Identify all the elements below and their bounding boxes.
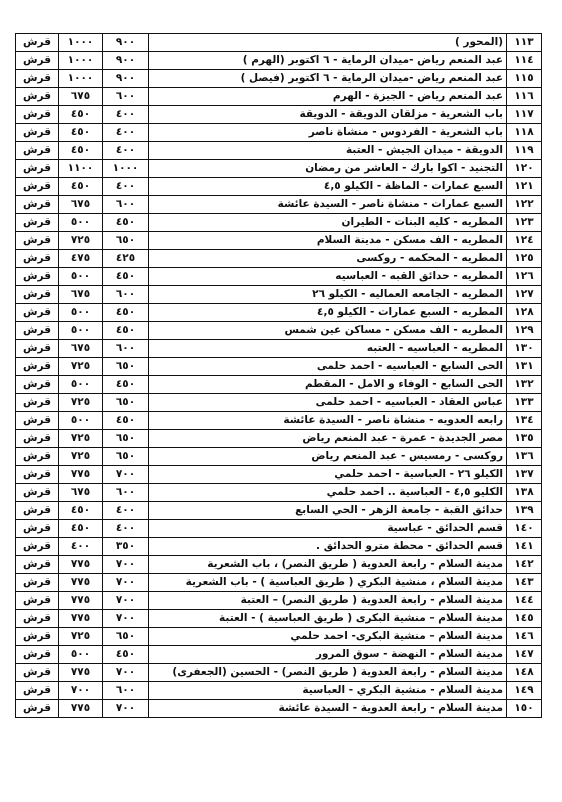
route-cell: رابعه العدويه - منشاة ناصر - السيدة عائش… — [149, 412, 507, 430]
line-number-cell: ١٤٨ — [507, 664, 542, 682]
currency-unit-cell: قرش — [16, 502, 59, 520]
table-row: قرش ٦٧٥ ٦٠٠ عبد المنعم رياض - الجيزة - ا… — [16, 88, 542, 106]
table-row: قرش ٧٢٥ ٦٥٠ الحى السابع - العباسيه - احم… — [16, 358, 542, 376]
currency-unit-cell: قرش — [16, 178, 59, 196]
old-fare-cell: ٦٥٠ — [103, 448, 149, 466]
old-fare-cell: ٤٠٠ — [103, 520, 149, 538]
line-number-cell: ١٢٩ — [507, 322, 542, 340]
old-fare-cell: ٧٠٠ — [103, 664, 149, 682]
currency-unit-cell: قرش — [16, 250, 59, 268]
currency-unit-cell: قرش — [16, 88, 59, 106]
route-cell: الدويقة - ميدان الجيش - العتبة — [149, 142, 507, 160]
line-number-cell: ١٤٧ — [507, 646, 542, 664]
line-number-cell: ١٣٢ — [507, 376, 542, 394]
route-cell: عبد المنعم رياض -ميدان الرماية - ٦ اكتوب… — [149, 70, 507, 88]
currency-unit-cell: قرش — [16, 214, 59, 232]
old-fare-cell: ٣٥٠ — [103, 538, 149, 556]
old-fare-cell: ٦٥٠ — [103, 430, 149, 448]
line-number-cell: ١٣١ — [507, 358, 542, 376]
currency-unit-cell: قرش — [16, 430, 59, 448]
table-row: قرش ٦٧٥ ٦٠٠ المطريه - الجامعه العماليه -… — [16, 286, 542, 304]
new-fare-cell: ٥٠٠ — [59, 304, 103, 322]
table-row: قرش ٦٧٥ ٦٠٠ السبع عمارات - منشاة ناصر - … — [16, 196, 542, 214]
table-row: قرش ٦٧٥ ٦٠٠ الكليو ٤,٥ - العباسية .. احم… — [16, 484, 542, 502]
table-row: قرش ٦٧٥ ٦٠٠ المطريه - العباسيه - العتبه … — [16, 340, 542, 358]
new-fare-cell: ٥٠٠ — [59, 376, 103, 394]
new-fare-cell: ٤٠٠ — [59, 538, 103, 556]
line-number-cell: ١١٨ — [507, 124, 542, 142]
table-row: قرش ١١٠٠ ١٠٠٠ التجنيد - اكوا بارك - العا… — [16, 160, 542, 178]
old-fare-cell: ٤٥٠ — [103, 304, 149, 322]
currency-unit-cell: قرش — [16, 124, 59, 142]
route-cell: مدينة السلام – منشية البكرى ( طريق العبا… — [149, 610, 507, 628]
table-row: قرش ٧٢٥ ٦٥٠ مصر الجديدة - عمرة - عبد الم… — [16, 430, 542, 448]
table-row: قرش ٧٧٥ ٧٠٠ مدينة السلام - رابعة العدوية… — [16, 592, 542, 610]
new-fare-cell: ٥٠٠ — [59, 322, 103, 340]
line-number-cell: ١١٧ — [507, 106, 542, 124]
currency-unit-cell: قرش — [16, 466, 59, 484]
line-number-cell: ١١٥ — [507, 70, 542, 88]
fare-table: قرش ١٠٠٠ ٩٠٠ (المحور ) ١١٣ قرش ١٠٠٠ ٩٠٠ … — [15, 33, 542, 718]
old-fare-cell: ٤٠٠ — [103, 124, 149, 142]
new-fare-cell: ٧٢٥ — [59, 232, 103, 250]
currency-unit-cell: قرش — [16, 556, 59, 574]
table-row: قرش ٤٥٠ ٤٠٠ باب الشعرية - مزلقان الدويقة… — [16, 106, 542, 124]
currency-unit-cell: قرش — [16, 520, 59, 538]
route-cell: مدينة السلام - النهضة - سوق المرور — [149, 646, 507, 664]
new-fare-cell: ١١٠٠ — [59, 160, 103, 178]
new-fare-cell: ٧٢٥ — [59, 448, 103, 466]
old-fare-cell: ٦٥٠ — [103, 628, 149, 646]
table-row: قرش ٧٧٥ ٧٠٠ مدينة السلام – منشية البكرى … — [16, 610, 542, 628]
currency-unit-cell: قرش — [16, 142, 59, 160]
currency-unit-cell: قرش — [16, 646, 59, 664]
table-row: قرش ٤٥٠ ٤٠٠ باب الشعرية - الفردوس - منشا… — [16, 124, 542, 142]
table-row: قرش ٥٠٠ ٤٥٠ الحى السابع - الوفاء و الامل… — [16, 376, 542, 394]
route-cell: مدينة السلام ، منشية البكري ( طريق العبا… — [149, 574, 507, 592]
route-cell: مصر الجديدة - عمرة - عبد المنعم رياض — [149, 430, 507, 448]
line-number-cell: ١٣٠ — [507, 340, 542, 358]
currency-unit-cell: قرش — [16, 52, 59, 70]
route-cell: مدينة السلام – منشية البكرى- احمد حلمي — [149, 628, 507, 646]
line-number-cell: ١٤٢ — [507, 556, 542, 574]
old-fare-cell: ٧٠٠ — [103, 574, 149, 592]
currency-unit-cell: قرش — [16, 322, 59, 340]
route-cell: باب الشعرية - الفردوس - منشاة ناصر — [149, 124, 507, 142]
new-fare-cell: ٥٠٠ — [59, 646, 103, 664]
old-fare-cell: ٧٠٠ — [103, 466, 149, 484]
new-fare-cell: ٥٠٠ — [59, 268, 103, 286]
route-cell: مدينة السلام - رابعة العدوية - السيدة عا… — [149, 700, 507, 718]
old-fare-cell: ٦٥٠ — [103, 358, 149, 376]
old-fare-cell: ٤٠٠ — [103, 502, 149, 520]
new-fare-cell: ٥٠٠ — [59, 412, 103, 430]
new-fare-cell: ٦٧٥ — [59, 196, 103, 214]
new-fare-cell: ٧٧٥ — [59, 700, 103, 718]
route-cell: المطريه - حدائق القبه - العباسيه — [149, 268, 507, 286]
new-fare-cell: ٧٠٠ — [59, 682, 103, 700]
route-cell: المطريه - كليه البنات - الطيران — [149, 214, 507, 232]
old-fare-cell: ٤٠٠ — [103, 106, 149, 124]
currency-unit-cell: قرش — [16, 700, 59, 718]
currency-unit-cell: قرش — [16, 682, 59, 700]
new-fare-cell: ٥٠٠ — [59, 214, 103, 232]
old-fare-cell: ٩٠٠ — [103, 52, 149, 70]
currency-unit-cell: قرش — [16, 484, 59, 502]
route-cell: السبع عمارات - منشاة ناصر - السيدة عائشة — [149, 196, 507, 214]
currency-unit-cell: قرش — [16, 340, 59, 358]
new-fare-cell: ٧٧٥ — [59, 610, 103, 628]
line-number-cell: ١٤٠ — [507, 520, 542, 538]
new-fare-cell: ٧٧٥ — [59, 574, 103, 592]
route-cell: التجنيد - اكوا بارك - العاشر من رمضان — [149, 160, 507, 178]
currency-unit-cell: قرش — [16, 70, 59, 88]
route-cell: حدائق القبة - جامعة الزهر - الحي السابع — [149, 502, 507, 520]
line-number-cell: ١٤٦ — [507, 628, 542, 646]
route-cell: الحى السابع - الوفاء و الامل - المقطم — [149, 376, 507, 394]
table-row: قرش ٥٠٠ ٤٥٠ المطريه - كليه البنات - الطي… — [16, 214, 542, 232]
old-fare-cell: ١٠٠٠ — [103, 160, 149, 178]
currency-unit-cell: قرش — [16, 664, 59, 682]
route-cell: قسم الحدائق - عباسية — [149, 520, 507, 538]
currency-unit-cell: قرش — [16, 358, 59, 376]
new-fare-cell: ٤٥٠ — [59, 124, 103, 142]
line-number-cell: ١٣٧ — [507, 466, 542, 484]
table-row: قرش ٧٧٥ ٧٠٠ مدينة السلام ، منشية البكري … — [16, 574, 542, 592]
route-cell: السبع عمارات - الماظة - الكيلو ٤,٥ — [149, 178, 507, 196]
table-row: قرش ٤٥٠ ٤٠٠ حدائق القبة - جامعة الزهر - … — [16, 502, 542, 520]
currency-unit-cell: قرش — [16, 34, 59, 52]
currency-unit-cell: قرش — [16, 268, 59, 286]
old-fare-cell: ٦٥٠ — [103, 232, 149, 250]
currency-unit-cell: قرش — [16, 628, 59, 646]
currency-unit-cell: قرش — [16, 592, 59, 610]
line-number-cell: ١٢٣ — [507, 214, 542, 232]
line-number-cell: ١٢٧ — [507, 286, 542, 304]
table-row: قرش ٧٢٥ ٦٥٠ عباس العقاد - العباسيه - احم… — [16, 394, 542, 412]
new-fare-cell: ٦٧٥ — [59, 484, 103, 502]
route-cell: مدينة السلام - رابعة العدوية ( طريق النص… — [149, 556, 507, 574]
old-fare-cell: ٦٠٠ — [103, 88, 149, 106]
old-fare-cell: ٧٠٠ — [103, 592, 149, 610]
old-fare-cell: ٦٠٠ — [103, 484, 149, 502]
line-number-cell: ١١٦ — [507, 88, 542, 106]
table-row: قرش ١٠٠٠ ٩٠٠ عبد المنعم رياض -ميدان الرم… — [16, 52, 542, 70]
table-row: قرش ٧٧٥ ٧٠٠ مدينة السلام - رابعة العدوية… — [16, 700, 542, 718]
route-cell: المطريه - الف مسكن - مساكن عين شمس — [149, 322, 507, 340]
old-fare-cell: ٤٥٠ — [103, 214, 149, 232]
old-fare-cell: ٤٢٥ — [103, 250, 149, 268]
table-row: قرش ١٠٠٠ ٩٠٠ عبد المنعم رياض -ميدان الرم… — [16, 70, 542, 88]
table-row: قرش ٤٥٠ ٤٠٠ الدويقة - ميدان الجيش - العت… — [16, 142, 542, 160]
table-row: قرش ٥٠٠ ٤٥٠ المطريه - السبع عمارات - الك… — [16, 304, 542, 322]
line-number-cell: ١٢٥ — [507, 250, 542, 268]
fare-table-page: قرش ١٠٠٠ ٩٠٠ (المحور ) ١١٣ قرش ١٠٠٠ ٩٠٠ … — [15, 33, 542, 718]
line-number-cell: ١١٤ — [507, 52, 542, 70]
line-number-cell: ١٥٠ — [507, 700, 542, 718]
old-fare-cell: ٦٠٠ — [103, 682, 149, 700]
currency-unit-cell: قرش — [16, 448, 59, 466]
new-fare-cell: ٧٧٥ — [59, 556, 103, 574]
new-fare-cell: ٤٥٠ — [59, 178, 103, 196]
old-fare-cell: ٧٠٠ — [103, 610, 149, 628]
old-fare-cell: ٩٠٠ — [103, 34, 149, 52]
line-number-cell: ١٤٣ — [507, 574, 542, 592]
currency-unit-cell: قرش — [16, 286, 59, 304]
route-cell: روكسى - رمسيس - عبد المنعم رياض — [149, 448, 507, 466]
new-fare-cell: ٧٧٥ — [59, 592, 103, 610]
new-fare-cell: ٧٢٥ — [59, 394, 103, 412]
route-cell: المطريه - السبع عمارات - الكيلو ٤,٥ — [149, 304, 507, 322]
old-fare-cell: ٤٥٠ — [103, 412, 149, 430]
new-fare-cell: ٤٥٠ — [59, 106, 103, 124]
currency-unit-cell: قرش — [16, 574, 59, 592]
currency-unit-cell: قرش — [16, 304, 59, 322]
old-fare-cell: ٤٠٠ — [103, 142, 149, 160]
line-number-cell: ١٤١ — [507, 538, 542, 556]
line-number-cell: ١١٩ — [507, 142, 542, 160]
new-fare-cell: ٤٧٥ — [59, 250, 103, 268]
new-fare-cell: ٦٧٥ — [59, 286, 103, 304]
old-fare-cell: ٦٠٠ — [103, 196, 149, 214]
route-cell: المطريه - الف مسكن - مدينة السلام — [149, 232, 507, 250]
route-cell: المطريه - العباسيه - العتبه — [149, 340, 507, 358]
route-cell: عبد المنعم رياض -ميدان الرماية - ٦ اكتوب… — [149, 52, 507, 70]
old-fare-cell: ٧٠٠ — [103, 700, 149, 718]
table-row: قرش ٧٧٥ ٧٠٠ الكيلو ٢٦ - العباسية - احمد … — [16, 466, 542, 484]
old-fare-cell: ٧٠٠ — [103, 556, 149, 574]
new-fare-cell: ٧٢٥ — [59, 430, 103, 448]
line-number-cell: ١٢٤ — [507, 232, 542, 250]
line-number-cell: ١٣٣ — [507, 394, 542, 412]
currency-unit-cell: قرش — [16, 232, 59, 250]
table-row: قرش ٤٥٠ ٤٠٠ السبع عمارات - الماظة - الكي… — [16, 178, 542, 196]
old-fare-cell: ٦٠٠ — [103, 340, 149, 358]
currency-unit-cell: قرش — [16, 376, 59, 394]
new-fare-cell: ١٠٠٠ — [59, 34, 103, 52]
line-number-cell: ١٤٩ — [507, 682, 542, 700]
table-row: قرش ٥٠٠ ٤٥٠ المطريه - حدائق القبه - العب… — [16, 268, 542, 286]
old-fare-cell: ٤٠٠ — [103, 178, 149, 196]
new-fare-cell: ٦٧٥ — [59, 340, 103, 358]
old-fare-cell: ٤٥٠ — [103, 376, 149, 394]
route-cell: المطريه - المحكمه - روكسى — [149, 250, 507, 268]
old-fare-cell: ٩٠٠ — [103, 70, 149, 88]
line-number-cell: ١٣٦ — [507, 448, 542, 466]
old-fare-cell: ٤٥٠ — [103, 646, 149, 664]
old-fare-cell: ٤٥٠ — [103, 268, 149, 286]
currency-unit-cell: قرش — [16, 610, 59, 628]
table-row: قرش ٧٢٥ ٦٥٠ المطريه - الف مسكن - مدينة ا… — [16, 232, 542, 250]
table-row: قرش ٧٢٥ ٦٥٠ روكسى - رمسيس - عبد المنعم ر… — [16, 448, 542, 466]
route-cell: (المحور ) — [149, 34, 507, 52]
table-row: قرش ٥٠٠ ٤٥٠ رابعه العدويه - منشاة ناصر -… — [16, 412, 542, 430]
line-number-cell: ١٣٩ — [507, 502, 542, 520]
new-fare-cell: ٧٧٥ — [59, 466, 103, 484]
route-cell: مدينة السلام - رابعة العدوية ( طريق النص… — [149, 592, 507, 610]
currency-unit-cell: قرش — [16, 160, 59, 178]
table-row: قرش ٤٥٠ ٤٠٠ قسم الحدائق - عباسية ١٤٠ — [16, 520, 542, 538]
currency-unit-cell: قرش — [16, 412, 59, 430]
route-cell: مدينة السلام - منشية البكري - العباسية — [149, 682, 507, 700]
table-row: قرش ٤٧٥ ٤٢٥ المطريه - المحكمه - روكسى ١٢… — [16, 250, 542, 268]
new-fare-cell: ٤٥٠ — [59, 502, 103, 520]
currency-unit-cell: قرش — [16, 196, 59, 214]
route-cell: مدينة السلام - رابعة العدوية ( طريق النص… — [149, 664, 507, 682]
line-number-cell: ١٢٨ — [507, 304, 542, 322]
route-cell: عبد المنعم رياض - الجيزة - الهرم — [149, 88, 507, 106]
route-cell: الكيلو ٢٦ - العباسية - احمد حلمي — [149, 466, 507, 484]
new-fare-cell: ١٠٠٠ — [59, 70, 103, 88]
line-number-cell: ١٤٥ — [507, 610, 542, 628]
line-number-cell: ١٣٨ — [507, 484, 542, 502]
new-fare-cell: ٧٧٥ — [59, 664, 103, 682]
table-row: قرش ٥٠٠ ٤٥٠ مدينة السلام - النهضة - سوق … — [16, 646, 542, 664]
line-number-cell: ١٢٦ — [507, 268, 542, 286]
line-number-cell: ١٢٢ — [507, 196, 542, 214]
route-cell: الكليو ٤,٥ - العباسية .. احمد حلمي — [149, 484, 507, 502]
line-number-cell: ١٢١ — [507, 178, 542, 196]
new-fare-cell: ٤٥٠ — [59, 142, 103, 160]
old-fare-cell: ٦٠٠ — [103, 286, 149, 304]
route-cell: قسم الحدائق - محطة مترو الحدائق . — [149, 538, 507, 556]
table-row: قرش ٤٠٠ ٣٥٠ قسم الحدائق - محطة مترو الحد… — [16, 538, 542, 556]
line-number-cell: ١٤٤ — [507, 592, 542, 610]
line-number-cell: ١١٣ — [507, 34, 542, 52]
currency-unit-cell: قرش — [16, 394, 59, 412]
table-row: قرش ٥٠٠ ٤٥٠ المطريه - الف مسكن - مساكن ع… — [16, 322, 542, 340]
table-row: قرش ٧٧٥ ٧٠٠ مدينة السلام - رابعة العدوية… — [16, 556, 542, 574]
new-fare-cell: ٦٧٥ — [59, 88, 103, 106]
line-number-cell: ١٢٠ — [507, 160, 542, 178]
new-fare-cell: ٧٢٥ — [59, 358, 103, 376]
new-fare-cell: ١٠٠٠ — [59, 52, 103, 70]
route-cell: المطريه - الجامعه العماليه - الكيلو ٢٦ — [149, 286, 507, 304]
line-number-cell: ١٣٥ — [507, 430, 542, 448]
table-row: قرش ٧٧٥ ٧٠٠ مدينة السلام - رابعة العدوية… — [16, 664, 542, 682]
new-fare-cell: ٤٥٠ — [59, 520, 103, 538]
fare-table-body: قرش ١٠٠٠ ٩٠٠ (المحور ) ١١٣ قرش ١٠٠٠ ٩٠٠ … — [16, 34, 542, 718]
route-cell: الحى السابع - العباسيه - احمد حلمى — [149, 358, 507, 376]
table-row: قرش ٧٠٠ ٦٠٠ مدينة السلام - منشية البكري … — [16, 682, 542, 700]
route-cell: باب الشعرية - مزلقان الدويقة - الدويقة — [149, 106, 507, 124]
route-cell: عباس العقاد - العباسيه - احمد حلمى — [149, 394, 507, 412]
old-fare-cell: ٦٥٠ — [103, 394, 149, 412]
table-row: قرش ٧٢٥ ٦٥٠ مدينة السلام – منشية البكرى-… — [16, 628, 542, 646]
currency-unit-cell: قرش — [16, 538, 59, 556]
old-fare-cell: ٤٥٠ — [103, 322, 149, 340]
table-row: قرش ١٠٠٠ ٩٠٠ (المحور ) ١١٣ — [16, 34, 542, 52]
line-number-cell: ١٣٤ — [507, 412, 542, 430]
new-fare-cell: ٧٢٥ — [59, 628, 103, 646]
currency-unit-cell: قرش — [16, 106, 59, 124]
